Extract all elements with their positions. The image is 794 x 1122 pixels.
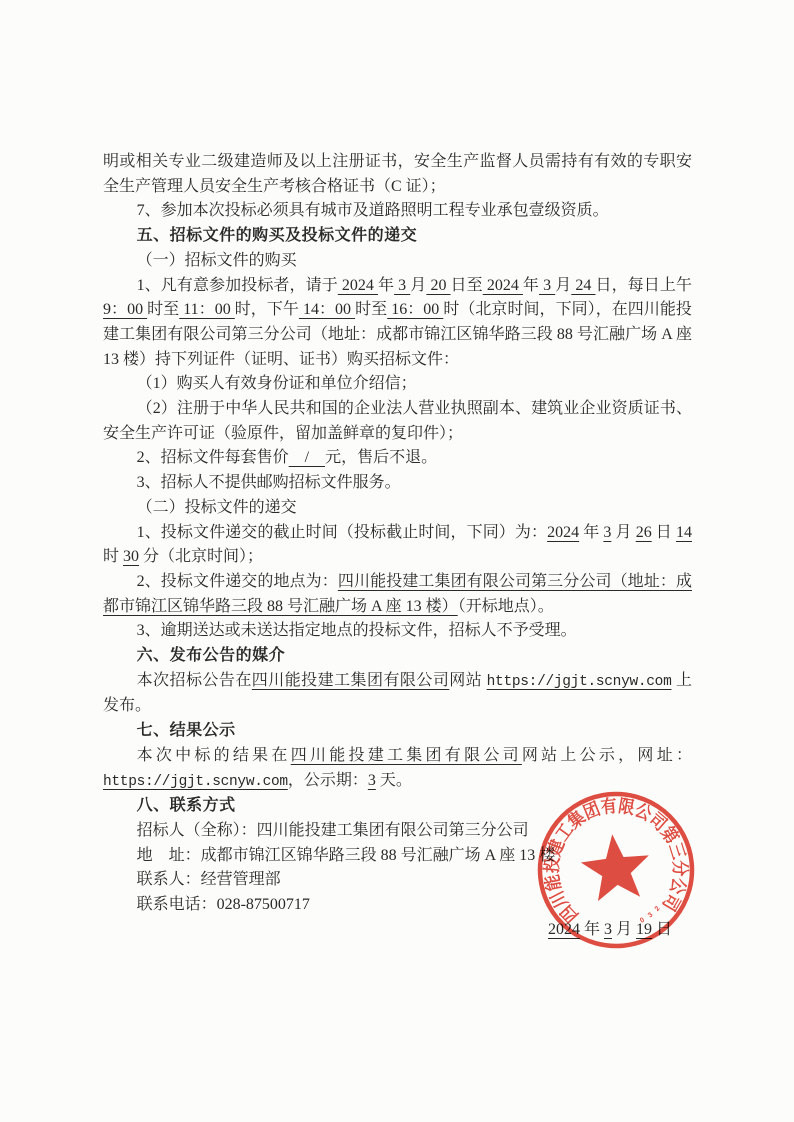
heading-section-8: 八、联系方式	[103, 794, 692, 819]
text-run: 本次中标的结果在	[137, 747, 291, 764]
p-purchase-doc-1: （1）购买人有效身份证和单位介绍信；	[103, 372, 692, 397]
text-run: 年	[579, 524, 603, 541]
text-run: （开标地点）。	[458, 598, 554, 615]
text-run: 年	[580, 921, 604, 938]
text-run: 五、招标文件的购买及投标文件的递交	[137, 227, 418, 244]
text-run: 七、结果公示	[137, 722, 236, 739]
underlined-value: 19	[636, 921, 652, 938]
underlined-value: 3	[539, 277, 555, 294]
text-run: 日	[652, 524, 676, 541]
p-late-submission: 3、逾期送达或未送达指定地点的投标文件，招标人不予受理。	[103, 619, 692, 644]
text-run: 日，每日上午	[595, 277, 691, 294]
text-run: 3、招标人不提供邮购招标文件服务。	[137, 474, 401, 491]
p-tenderer-name: 招标人（全称）：四川能投建工集团有限公司第三分公司	[103, 819, 692, 844]
p-result-publicity: 本次中标的结果在四川能投建工集团有限公司网站上公示，网址：https://jgj…	[103, 744, 692, 794]
subheading-5-2-submission: （二）投标文件的递交	[103, 496, 692, 521]
text-run: 月	[612, 921, 636, 938]
p-certificates-continuation: 明或相关专业二级建造师及以上注册证书，安全生产监督人员需持有有效的专职安全生产管…	[103, 150, 692, 199]
text-run: 2、招标文件每套售价	[137, 449, 289, 466]
document-body: 明或相关专业二级建造师及以上注册证书，安全生产监督人员需持有有效的专职安全生产管…	[103, 150, 692, 943]
text-run: 年	[523, 277, 539, 294]
heading-section-6: 六、发布公告的媒介	[103, 644, 692, 669]
text-run: 时	[103, 548, 123, 565]
text-run: 联系人：经营管理部	[137, 871, 281, 888]
text-run: （二）投标文件的递交	[137, 499, 297, 516]
text-run: 分（北京时间）；	[139, 548, 263, 565]
text-run: ，公示期：	[288, 772, 368, 789]
p-purchase-time-place: 1、凡有意参加投标者，请于 2024 年 3 月 20 日至 2024 年 3 …	[103, 274, 692, 373]
text-run: 网站	[449, 672, 486, 689]
heading-section-7: 七、结果公示	[103, 719, 692, 744]
underlined-value: 3	[394, 277, 410, 294]
p-announcement-media: 本次招标公告在四川能投建工集团有限公司网站 https://jgjt.scnyw…	[103, 669, 692, 719]
scanned-document-page: 明或相关专业二级建造师及以上注册证书，安全生产监督人员需持有有效的专职安全生产管…	[0, 0, 794, 1122]
text-run: 明或相关专业二级建造师及以上注册证书，安全生产监督人员需持有有效的专职安全生产管…	[103, 153, 692, 195]
text-run: 月	[410, 277, 426, 294]
text-run: 月	[611, 524, 635, 541]
underlined-value: 26	[636, 524, 652, 541]
text-run: 月	[555, 277, 571, 294]
underlined-value: 30	[123, 548, 139, 565]
underlined-value: 2024	[547, 524, 579, 541]
text-run: 日至	[451, 277, 483, 294]
text-run: 网站上公示，网址：	[522, 747, 692, 764]
text-run: 时，下午	[235, 301, 299, 318]
text-run: （1）购买人有效身份证和单位介绍信；	[137, 375, 417, 392]
underlined-value: 四川能投建工集团有限公司	[252, 672, 449, 689]
p-contact-phone: 联系电话：028-87500717	[103, 893, 692, 918]
underlined-value: 2024	[483, 277, 523, 294]
link-text: https://jgjt.scnyw.com	[103, 774, 288, 790]
text-run: 八、联系方式	[137, 797, 236, 814]
underlined-value: /	[289, 449, 325, 466]
text-run: 元，售后不退。	[325, 449, 437, 466]
text-run: 联系电话：028-87500717	[137, 896, 310, 913]
p-submission-place: 2、投标文件递交的地点为：四川能投建工集团有限公司第三分公司（地址：成都市锦江区…	[103, 570, 692, 619]
underlined-value: 20	[426, 277, 450, 294]
link-text: https://jgjt.scnyw.com	[487, 674, 672, 690]
p-no-mail-order: 3、招标人不提供邮购招标文件服务。	[103, 471, 692, 496]
text-run: 本次招标公告在	[137, 672, 252, 689]
text-run: 时至	[147, 301, 179, 318]
p-submission-deadline: 1、投标文件递交的截止时间（投标截止时间，下同）为：2024 年 3 月 26 …	[103, 521, 692, 570]
underlined-value: 14	[676, 524, 692, 541]
underlined-value: 24	[571, 277, 595, 294]
text-run: 时至	[355, 301, 387, 318]
underlined-value: 14：00	[299, 301, 355, 318]
p-doc-price: 2、招标文件每套售价 / 元，售后不退。	[103, 446, 692, 471]
underlined-value: 3	[604, 921, 612, 938]
underlined-value: 9：00	[103, 301, 147, 318]
p-issue-date: 2024 年 3 月 19 日	[103, 918, 692, 943]
underlined-value: 2024	[548, 921, 580, 938]
underlined-value: 3	[368, 772, 376, 789]
text-run: （2）注册于中华人民共和国的企业法人营业执照副本、建筑业企业资质证书、安全生产许…	[103, 400, 692, 442]
text-run: 招标人（全称）：四川能投建工集团有限公司第三分公司	[137, 822, 529, 839]
underlined-value: 四川能投建工集团有限公司	[291, 747, 522, 764]
text-run: （一）招标文件的购买	[137, 252, 297, 269]
text-run: 日	[652, 921, 672, 938]
underlined-value: 16：00	[387, 301, 443, 318]
p-contact-person: 联系人：经营管理部	[103, 868, 692, 893]
subheading-5-1-purchase: （一）招标文件的购买	[103, 249, 692, 274]
p-tenderer-address: 地 址：成都市锦江区锦华路三段 88 号汇融广场 A 座 13 楼	[103, 844, 692, 869]
text-run: 2、投标文件递交的地点为：	[137, 573, 338, 590]
heading-section-5: 五、招标文件的购买及投标文件的递交	[103, 224, 692, 249]
text-run: 天。	[376, 772, 412, 789]
text-run: 1、凡有意参加投标者，请于	[137, 277, 338, 294]
text-run: 1、投标文件递交的截止时间（投标截止时间，下同）为：	[137, 524, 548, 541]
text-run: 7、参加本次投标必须具有城市及道路照明工程专业承包壹级资质。	[137, 202, 609, 219]
text-run: 六、发布公告的媒介	[137, 647, 286, 664]
text-run: 年	[378, 277, 394, 294]
text-run: 3、逾期送达或未送达指定地点的投标文件，招标人不予受理。	[137, 622, 577, 639]
p-item-7-qualification: 7、参加本次投标必须具有城市及道路照明工程专业承包壹级资质。	[103, 199, 692, 224]
p-purchase-doc-2: （2）注册于中华人民共和国的企业法人营业执照副本、建筑业企业资质证书、安全生产许…	[103, 397, 692, 446]
underlined-value: 2024	[338, 277, 378, 294]
underlined-value: 11：00	[179, 301, 235, 318]
text-run: 地 址：成都市锦江区锦华路三段 88 号汇融广场 A 座 13 楼	[137, 847, 556, 864]
